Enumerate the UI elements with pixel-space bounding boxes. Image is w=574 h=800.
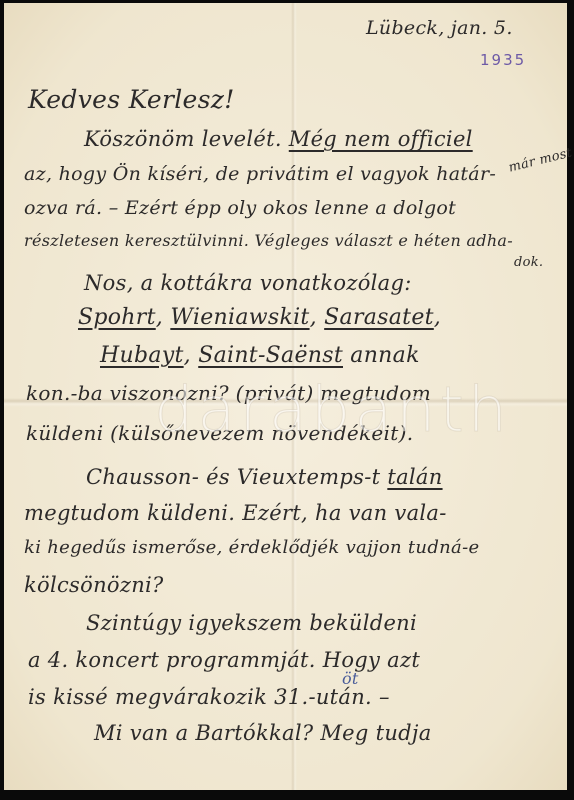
letter-line-11: megtudom küldeni. Ezért, ha van vala- bbox=[24, 501, 447, 525]
underlined-text: Még nem officiel bbox=[289, 127, 473, 151]
letter-line-14: Szintúgy igyekszem beküldeni bbox=[86, 611, 417, 635]
composer-wieniawski: Wieniawskit bbox=[170, 305, 309, 330]
letter-line-17: Mi van a Bartókkal? Meg tudja bbox=[94, 721, 432, 745]
letter-paper: Lübeck, jan. 5. 1935 Kedves Kerlesz! Kös… bbox=[4, 3, 567, 790]
letter-line-7: Hubayt, Saint-Saënst annak bbox=[100, 343, 420, 368]
place-date: Lübeck, jan. 5. bbox=[366, 17, 513, 39]
line-text: Köszönöm levelét. bbox=[84, 127, 289, 151]
letter-line-15: a 4. koncert programmját. Hogy azt bbox=[28, 648, 420, 672]
composer-saint-saens: Saint-Saënst bbox=[198, 343, 343, 368]
separator: , bbox=[310, 305, 325, 330]
letter-line-12: ki hegedűs ismerőse, érdeklődjék vajjon … bbox=[24, 537, 479, 558]
letter-line-8: kon.-ba viszonozni? (privát) megtudom bbox=[26, 381, 431, 405]
salutation: Kedves Kerlesz! bbox=[28, 85, 235, 114]
letter-line-4: részletesen keresztülvinni. Végleges vál… bbox=[24, 231, 513, 250]
underlined-text: talán bbox=[387, 465, 442, 489]
letter-line-3: ozva rá. – Ezért épp oly okos lenne a do… bbox=[24, 197, 456, 219]
letter-line-1: Köszönöm levelét. Még nem officiel bbox=[84, 127, 473, 151]
letter-line-13: kölcsönözni? bbox=[24, 573, 164, 597]
composer-sarasate: Sarasatet bbox=[324, 305, 434, 330]
line-text: annak bbox=[343, 343, 420, 368]
letter-line-2: az, hogy Ön kíséri, de privátim el vagyo… bbox=[24, 163, 496, 185]
separator: , bbox=[434, 305, 441, 330]
line-ending-note: dok. bbox=[514, 255, 543, 270]
separator: , bbox=[156, 305, 171, 330]
letter-line-5: Nos, a kottákra vonatkozólag: bbox=[84, 271, 412, 295]
composer-hubay: Hubayt bbox=[100, 343, 184, 368]
letter-line-16: is kissé megvárakozik 31.-után. – bbox=[28, 685, 390, 709]
separator: , bbox=[184, 343, 199, 368]
letter-line-6: Spohrt, Wieniawskit, Sarasatet, bbox=[78, 305, 441, 330]
line-text: Chausson- és Vieuxtemps-t bbox=[86, 465, 387, 489]
composer-spohr: Spohrt bbox=[78, 305, 156, 330]
letter-line-9: küldeni (külsőnevezem növendékeit). bbox=[26, 421, 413, 445]
year-stamp: 1935 bbox=[480, 51, 526, 69]
letter-line-10: Chausson- és Vieuxtemps-t talán bbox=[86, 465, 443, 489]
marginal-insert: már most bbox=[507, 145, 574, 175]
